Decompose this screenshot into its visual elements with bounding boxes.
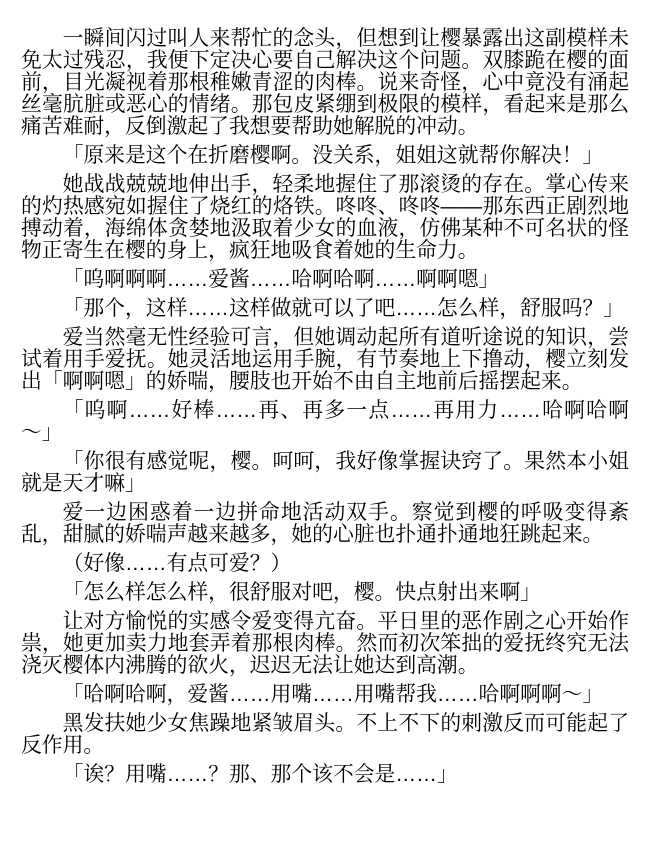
- paragraph: 一瞬间闪过叫人来帮忙的念头，但想到让樱暴露出这副模样未免太过残忍，我便下定决心要…: [21, 28, 629, 138]
- paragraph: 「那个，这样……这样做就可以了吧……怎么样，舒服吗？」: [21, 298, 629, 320]
- paragraph: 爱当然毫无性经验可言，但她调动起所有道听途说的知识，尝试着用手爱抚。她灵活地运用…: [21, 327, 629, 393]
- paragraph: 「哈啊哈啊，爱酱……用嘴……用嘴帮我……哈啊啊啊～」: [21, 684, 629, 706]
- paragraph: 「你很有感觉呢，樱。呵呵，我好像掌握诀窍了。果然本小姐就是天才嘛」: [21, 451, 629, 495]
- paragraph: 她战战兢兢地伸出手，轻柔地握住了那滚烫的存在。掌心传来的灼热感宛如握住了烧红的烙…: [21, 174, 629, 262]
- paragraph: 「原来是这个在折磨樱啊。没关系，姐姐这就帮你解决！」: [21, 145, 629, 167]
- paragraph: （好像……有点可爱？）: [21, 553, 629, 575]
- paragraph: 黑发扶她少女焦躁地紧皱眉头。不上不下的刺激反而可能起了反作用。: [21, 713, 629, 757]
- paragraph: 「呜啊……好棒……再、再多一点……再用力……哈啊哈啊～」: [21, 400, 629, 444]
- paragraph: 爱一边困惑着一边拼命地活动双手。察觉到樱的呼吸变得紊乱，甜腻的娇喘声越来越多，她…: [21, 502, 629, 546]
- paragraph: 让对方愉悦的实感令爱变得亢奋。平日里的恶作剧之心开始作祟，她更加卖力地套弄着那根…: [21, 611, 629, 677]
- paragraph: 「诶？用嘴……？那、那个该不会是……」: [21, 764, 629, 786]
- text-content: 一瞬间闪过叫人来帮忙的念头，但想到让樱暴露出这副模样未免太过残忍，我便下定决心要…: [21, 28, 629, 786]
- paragraph: 「呜啊啊啊……爱酱……哈啊哈啊……啊啊嗯」: [21, 269, 629, 291]
- paragraph: 「怎么样怎么样，很舒服对吧，樱。快点射出来啊」: [21, 582, 629, 604]
- document-page: 一瞬间闪过叫人来帮忙的念头，但想到让樱暴露出这副模样未免太过残忍，我便下定决心要…: [0, 0, 650, 850]
